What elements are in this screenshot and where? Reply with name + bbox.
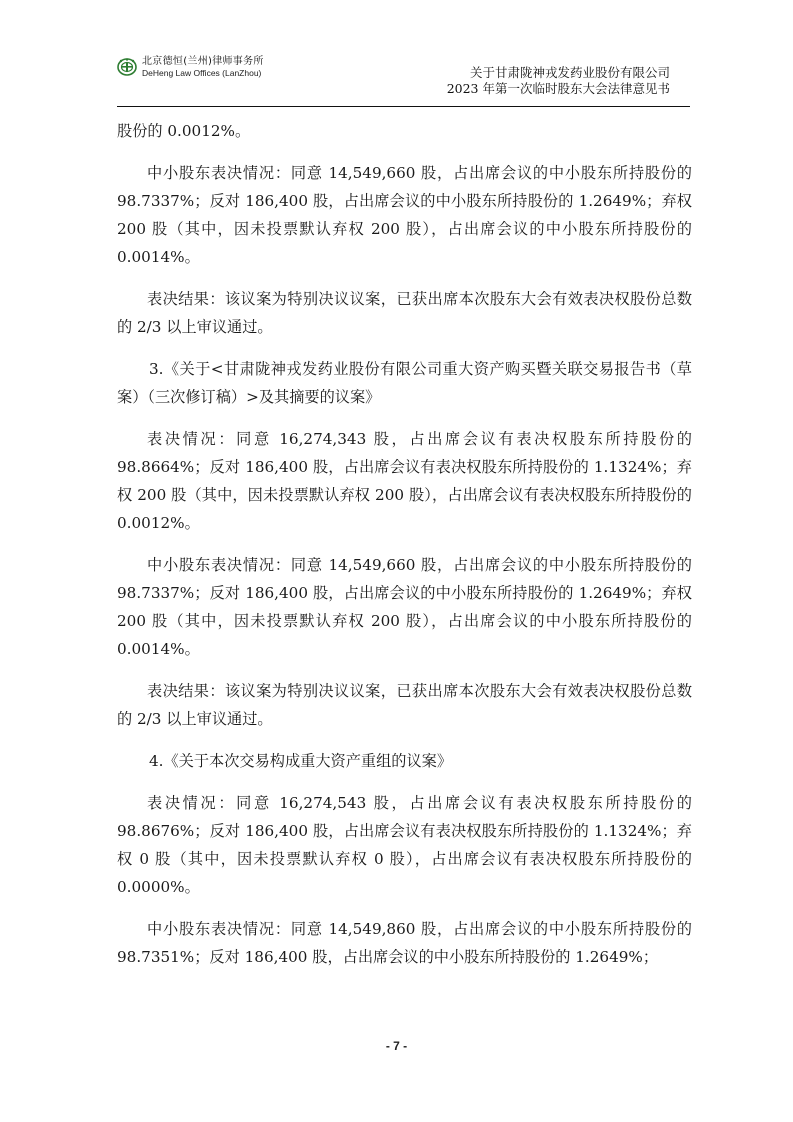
firm-name-en: DeHeng Law Offices (LanZhou): [142, 68, 264, 78]
paragraph-minority-vote: 中小股东表决情况：同意 14,549,860 股，占出席会议的中小股东所持股份的…: [117, 915, 692, 971]
document-title-line-1: 关于甘肃陇神戎发药业股份有限公司: [447, 65, 670, 81]
document-title-line-2: 2023 年第一次临时股东大会法律意见书: [447, 81, 670, 97]
agenda-item-3-title: 3.《关于<甘肃陇神戎发药业股份有限公司重大资产购买暨关联交易报告书（草案）（三…: [117, 355, 692, 411]
agenda-item-4-title: 4.《关于本次交易构成重大资产重组的议案》: [117, 747, 692, 775]
header-divider: [117, 106, 690, 107]
law-firm-logo: 北京德恒(兰州)律师事务所 DeHeng Law Offices (LanZho…: [117, 56, 264, 78]
paragraph-vote-result: 表决结果：该议案为特别决议议案，已获出席本次股东大会有效表决权股份总数的 2/3…: [117, 677, 692, 733]
document-body: 股份的 0.0012%。 中小股东表决情况：同意 14,549,660 股，占出…: [117, 117, 692, 985]
paragraph-continuation: 股份的 0.0012%。: [117, 117, 692, 145]
paragraph-vote-situation: 表决情况：同意 16,274,343 股，占出席会议有表决权股东所持股份的 98…: [117, 425, 692, 537]
paragraph-vote-situation: 表决情况：同意 16,274,543 股，占出席会议有表决权股东所持股份的 98…: [117, 789, 692, 901]
page-number: - 7 -: [0, 1039, 793, 1053]
paragraph-minority-vote: 中小股东表决情况：同意 14,549,660 股，占出席会议的中小股东所持股份的…: [117, 551, 692, 663]
document-title: 关于甘肃陇神戎发药业股份有限公司 2023 年第一次临时股东大会法律意见书: [447, 65, 670, 97]
page-header: 北京德恒(兰州)律师事务所 DeHeng Law Offices (LanZho…: [117, 48, 690, 110]
paragraph-minority-vote: 中小股东表决情况：同意 14,549,660 股，占出席会议的中小股东所持股份的…: [117, 159, 692, 271]
law-firm-emblem-icon: [117, 58, 137, 76]
paragraph-vote-result: 表决结果：该议案为特别决议议案，已获出席本次股东大会有效表决权股份总数的 2/3…: [117, 285, 692, 341]
firm-name-cn: 北京德恒(兰州)律师事务所: [142, 56, 264, 68]
